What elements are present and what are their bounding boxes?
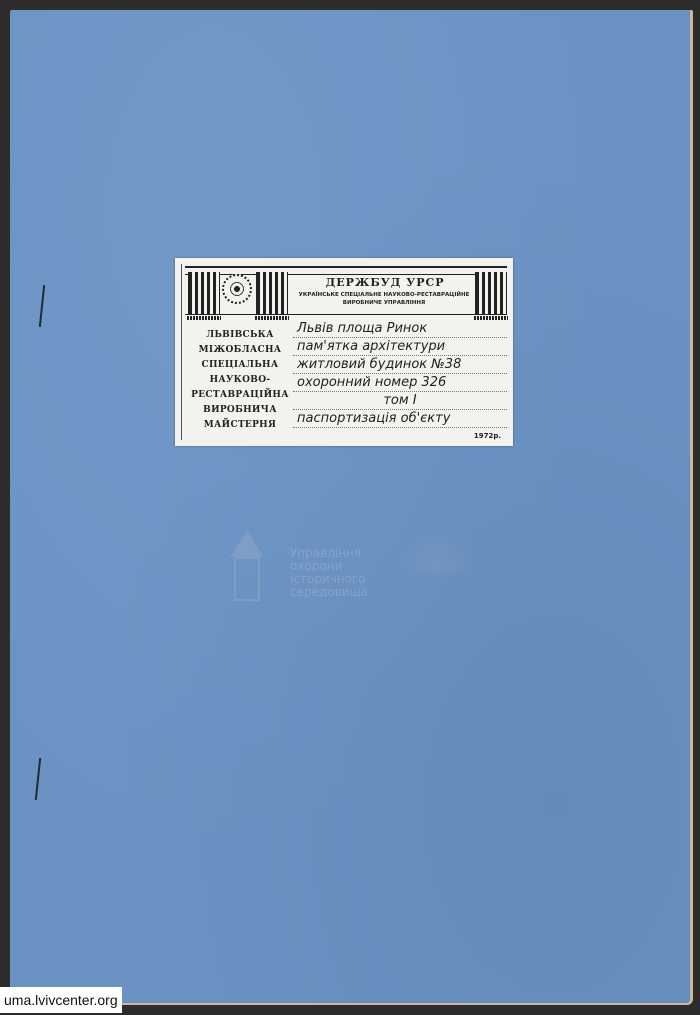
organization-line: НАУКОВО- [185,373,295,388]
watermark-line: середовища [290,586,368,599]
handwritten-details: Львів площа Ринок пам'ятка архітектури ж… [293,320,507,428]
organization-line: ВИРОБНИЧА [185,403,295,418]
church-silhouette-icon [397,530,477,575]
header-subtitle-line: УКРАЇНСЬКЕ СПЕЦІАЛЬНЕ НАУКОВО-РЕСТАВРАЦІ… [289,291,479,299]
header-subtitle-line: ВИРОБНИЧЕ УПРАВЛІННЯ [289,299,479,307]
organization-line: МІЖОБЛАСНА [185,343,295,358]
column-icon [188,272,220,314]
header-base-line [185,314,507,315]
building-line: житловий будинок №38 [293,356,507,374]
purpose-line: паспортизація об'єкту [293,410,507,428]
staple [35,758,41,800]
location-line: Львів площа Ринок [293,320,507,338]
label-header: ДЕРЖБУД УРСР УКРАЇНСЬКЕ СПЕЦІАЛЬНЕ НАУКО… [185,264,507,320]
watermark-text: Управління охорони історичного середовищ… [290,547,368,599]
cover-label: ДЕРЖБУД УРСР УКРАЇНСЬКЕ СПЕЦІАЛЬНЕ НАУКО… [175,258,513,446]
header-title: ДЕРЖБУД УРСР [295,276,475,289]
year: 1972р. [474,432,501,440]
column-icon [256,272,288,314]
tower-logo-icon [222,525,272,605]
organization-name: ЛЬВІВСЬКА МІЖОБЛАСНА СПЕЦІАЛЬНА НАУКОВО-… [185,328,295,433]
header-subtitle: УКРАЇНСЬКЕ СПЕЦІАЛЬНЕ НАУКОВО-РЕСТАВРАЦІ… [289,291,479,307]
watermark: Управління охорони історичного середовищ… [222,525,482,610]
source-site-tag: uma.lvivcenter.org [0,987,122,1013]
organization-line: МАЙСТЕРНЯ [185,418,295,433]
monument-type-line: пам'ятка архітектури [293,338,507,356]
column-icon [475,272,507,314]
staple [39,285,45,327]
protection-number-line: охоронний номер 326 [293,374,507,392]
organization-line: СПЕЦІАЛЬНА [185,358,295,373]
volume-line: том I [293,392,507,410]
organization-line: ЛЬВІВСЬКА [185,328,295,343]
organization-line: РЕСТАВРАЦІЙНА [185,388,295,403]
rosette-emblem-icon [222,274,252,304]
document-cover [10,10,693,1005]
